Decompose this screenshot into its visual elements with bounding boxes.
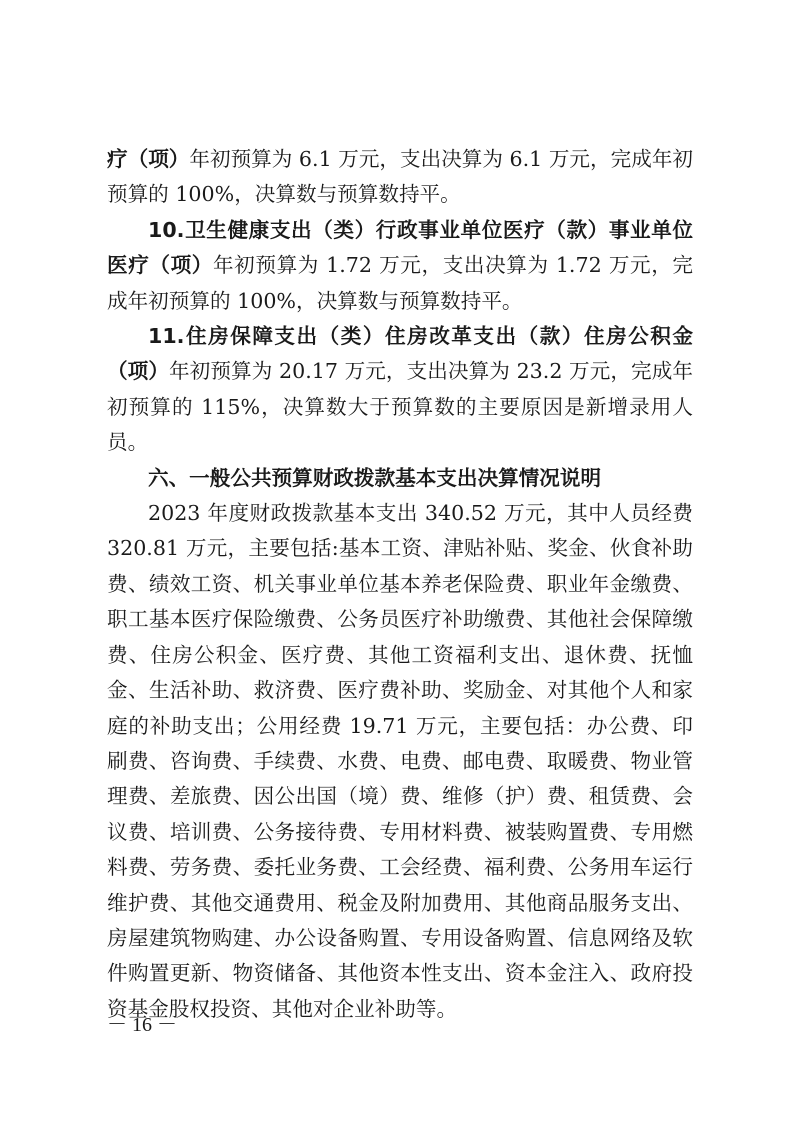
page-number: － 16 － (107, 1008, 177, 1037)
section-heading: 六、一般公共预算财政拨款基本支出决算情况说明 (107, 461, 693, 496)
paragraph-basic-expenditure: 2023 年度财政拨款基本支出 340.52 万元，其中人员经费 320.81 … (107, 496, 693, 1027)
paragraph-item-11: 11.住房保障支出（类）住房改革支出（款）住房公积金（项）年初预算为 20.17… (107, 319, 693, 461)
paragraph-item-9-continuation: 疗（项）年初预算为 6.1 万元，支出决算为 6.1 万元，完成年初预算的 10… (107, 142, 693, 213)
item-9-category-tail: 疗（项） (107, 147, 189, 171)
item-11-text: 年初预算为 20.17 万元，支出决算为 23.2 万元，完成年初预算的 115… (107, 359, 693, 454)
item-9-text: 年初预算为 6.1 万元，支出决算为 6.1 万元，完成年初预算的 100%，决… (107, 147, 693, 206)
paragraph-item-10: 10.卫生健康支出（类）行政事业单位医疗（款）事业单位医疗（项）年初预算为 1.… (107, 213, 693, 319)
document-page: 疗（项）年初预算为 6.1 万元，支出决算为 6.1 万元，完成年初预算的 10… (107, 142, 693, 1027)
